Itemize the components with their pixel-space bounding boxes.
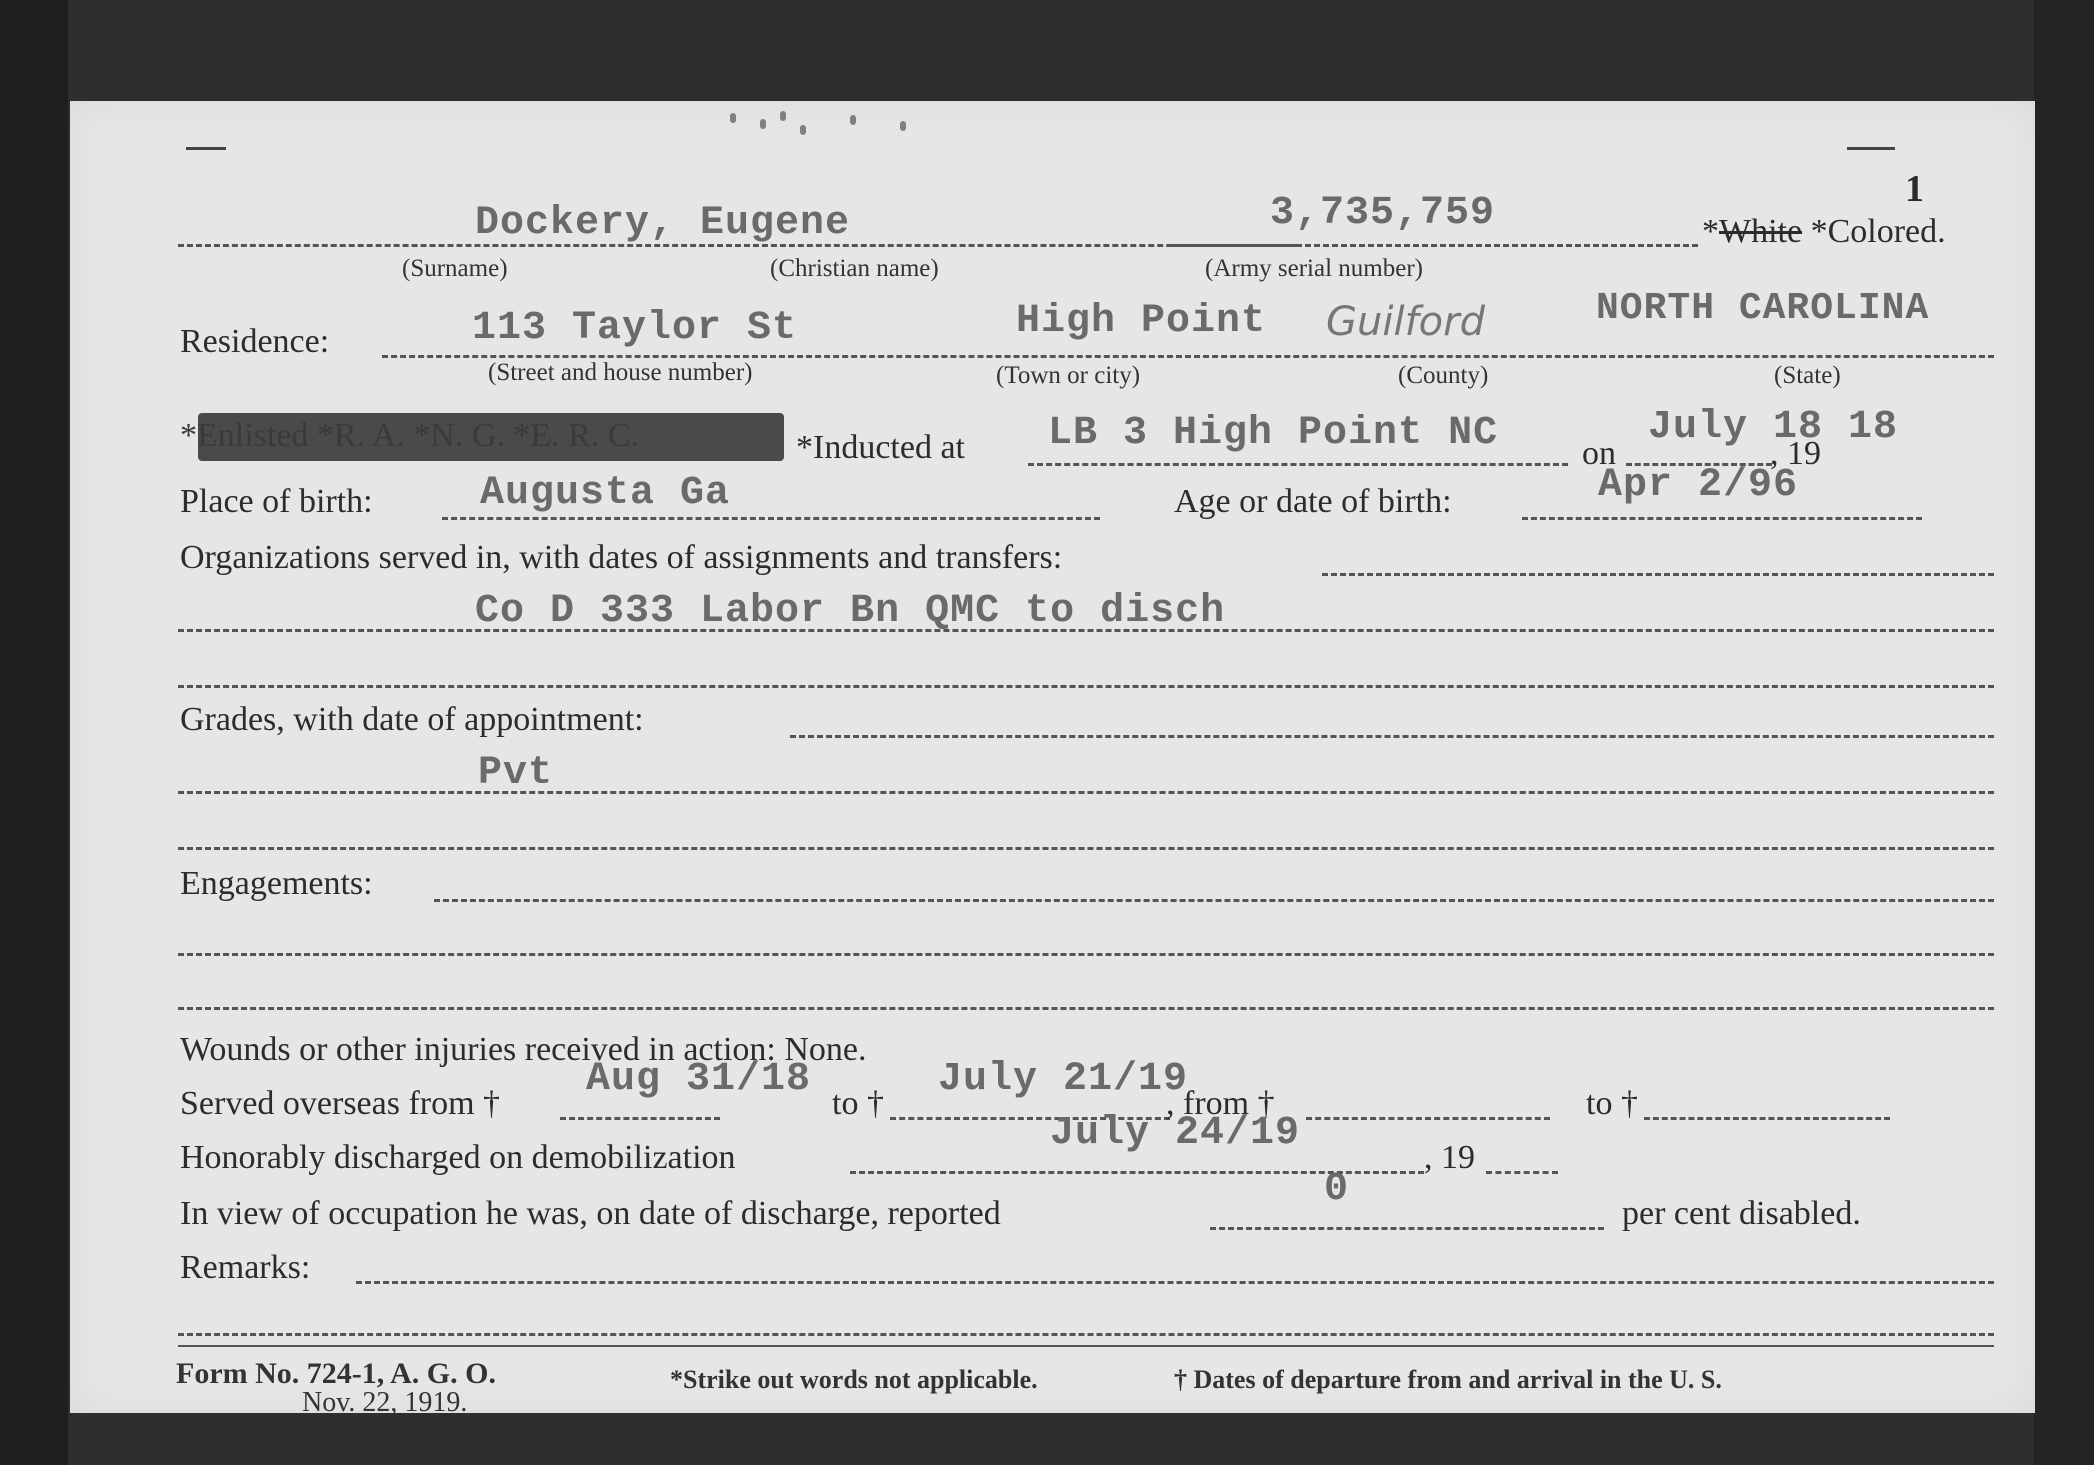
residence-label: Residence: xyxy=(180,323,329,361)
dates-footnote: † Dates of departure from and arrival in… xyxy=(1174,1365,1722,1395)
overseas-to-label: to † xyxy=(832,1085,884,1123)
county-caption: (County) xyxy=(1398,362,1488,390)
inducted-line xyxy=(1028,463,1568,466)
overseas-to2-label: to † xyxy=(1586,1085,1638,1123)
remarks-line-1 xyxy=(356,1281,1994,1284)
overseas-from2-line xyxy=(1306,1117,1550,1120)
inducted-place: LB 3 High Point NC xyxy=(1048,411,1498,456)
inducted-label: *Inducted at xyxy=(796,429,965,467)
town-caption: (Town or city) xyxy=(996,362,1140,390)
birthplace-label: Place of birth: xyxy=(180,483,373,521)
street-caption: (Street and house number) xyxy=(488,359,753,387)
asterisk: * xyxy=(1811,213,1828,250)
race-white-struck: White xyxy=(1719,213,1802,250)
engagements-line-2 xyxy=(178,953,1994,956)
discharge-year-prefix: , 19 xyxy=(1424,1139,1475,1177)
service-record-card: 1 Dockery, Eugene 3,735,759 *White *Colo… xyxy=(70,101,2035,1413)
birthplace: Augusta Ga xyxy=(480,471,730,516)
state: NORTH CAROLINA xyxy=(1596,287,1929,330)
ink-speck xyxy=(850,115,856,125)
state-caption: (State) xyxy=(1774,362,1841,390)
grades-line-2 xyxy=(178,791,1994,794)
scan-border-left xyxy=(0,0,68,1465)
overseas-from-date: Aug 31/18 xyxy=(586,1057,811,1102)
overseas-to-date: July 21/19 xyxy=(938,1057,1188,1102)
card-number: 1 xyxy=(1905,167,1924,211)
engagements-line-1 xyxy=(434,899,1994,902)
street-address: 113 Taylor St xyxy=(472,306,797,351)
organizations-line-2 xyxy=(178,629,1994,632)
engagements-label: Engagements: xyxy=(180,865,373,903)
serial-caption: (Army serial number) xyxy=(1205,255,1423,283)
form-number: Form No. 724-1, A. G. O. xyxy=(176,1357,496,1391)
overseas-from-line xyxy=(560,1117,720,1120)
birthplace-line xyxy=(442,517,1100,520)
soldier-name: Dockery, Eugene xyxy=(475,201,850,246)
grades-line-3 xyxy=(178,847,1994,850)
discharge-label: Honorably discharged on demobilization xyxy=(180,1139,736,1177)
disability-line xyxy=(1210,1227,1604,1230)
christian-name-caption: (Christian name) xyxy=(770,255,939,283)
residence-line xyxy=(382,355,1994,358)
overseas-to2-line xyxy=(1644,1117,1890,1120)
organizations-label: Organizations served in, with dates of a… xyxy=(180,539,1062,577)
scan-border-right xyxy=(2034,0,2094,1465)
birthdate: Apr 2/96 xyxy=(1598,463,1798,508)
corner-mark-left xyxy=(186,147,226,150)
ink-speck xyxy=(800,125,806,135)
name-line xyxy=(178,244,1298,247)
asterisk: * xyxy=(1702,213,1719,250)
serial-line xyxy=(1170,244,1698,247)
ink-speck xyxy=(730,113,736,123)
remarks-label: Remarks: xyxy=(180,1249,310,1287)
discharge-year-line xyxy=(1486,1171,1558,1174)
inducted-year: 18 xyxy=(1848,405,1898,450)
strike-out-note: *Strike out words not applicable. xyxy=(670,1365,1038,1395)
grades-value: Pvt xyxy=(478,751,553,796)
town: High Point xyxy=(1016,299,1266,344)
form-date: Nov. 22, 1919. xyxy=(302,1387,467,1419)
remarks-line-2 xyxy=(178,1333,1994,1336)
surname-caption: (Surname) xyxy=(402,255,508,283)
organizations-line-1 xyxy=(1322,573,1994,576)
organizations-value: Co D 333 Labor Bn QMC to disch xyxy=(475,589,1225,634)
birthdate-label: Age or date of birth: xyxy=(1174,483,1452,521)
birthdate-line xyxy=(1522,517,1922,520)
army-serial-number: 3,735,759 xyxy=(1270,191,1495,236)
disability-value: 0 xyxy=(1324,1167,1349,1212)
ink-speck xyxy=(760,119,766,129)
footer-rule xyxy=(178,1345,1994,1347)
disability-suffix: per cent disabled. xyxy=(1622,1195,1861,1233)
county-handwritten: Guilford xyxy=(1326,299,1485,345)
engagements-line-3 xyxy=(178,1007,1994,1010)
grades-label: Grades, with date of appointment: xyxy=(180,701,644,739)
disability-label: In view of occupation he was, on date of… xyxy=(180,1195,1001,1233)
organizations-line-3 xyxy=(178,685,1994,688)
grades-line-1 xyxy=(790,735,1994,738)
discharge-date: July 24/19 xyxy=(1050,1111,1300,1156)
ink-speck xyxy=(780,111,786,121)
corner-mark-right xyxy=(1847,147,1895,150)
enlistment-options-struck: *Enlisted *R. A. *N. G. *E. R. C. xyxy=(180,417,639,455)
race-options: *White *Colored. xyxy=(1702,213,1946,251)
ink-speck xyxy=(900,121,906,131)
overseas-label: Served overseas from † xyxy=(180,1085,500,1123)
race-colored: Colored. xyxy=(1828,213,1946,250)
